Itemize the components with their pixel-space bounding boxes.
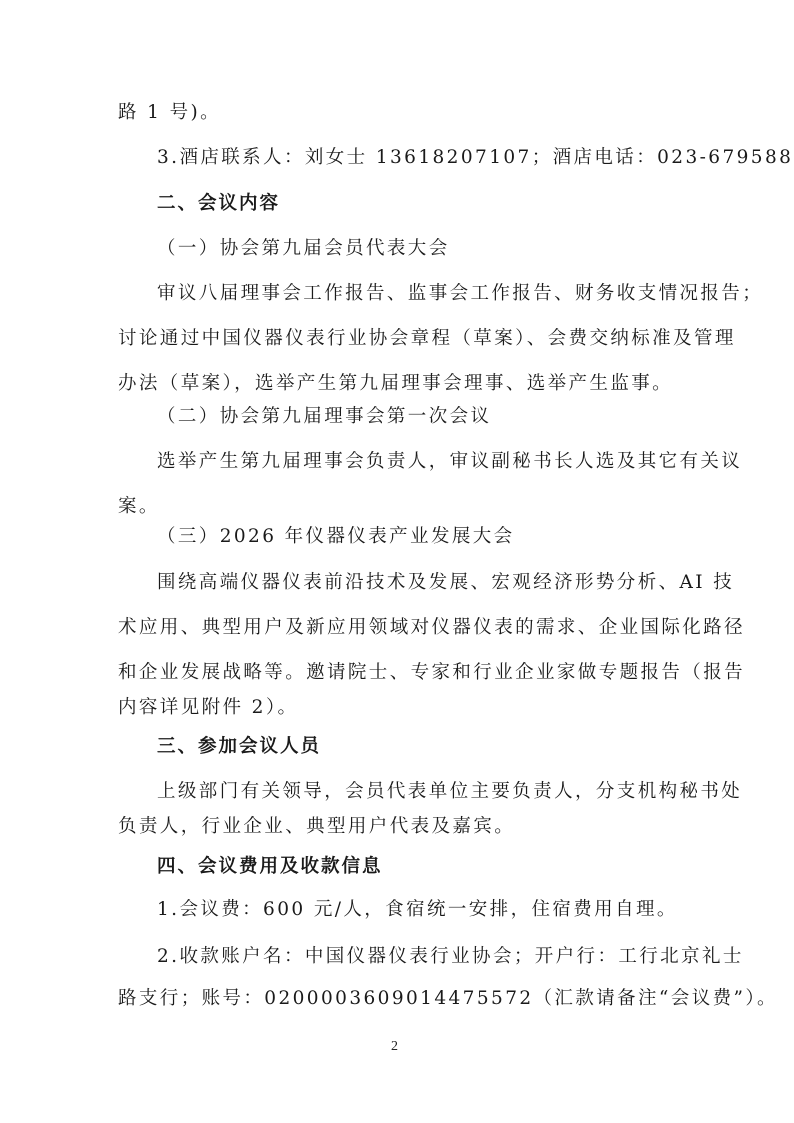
- address-continuation: 路 1 号)。: [118, 100, 221, 126]
- subheading-industry-conference: （三）2026 年仪器仪表产业发展大会: [157, 524, 515, 550]
- paragraph-line: 办法（草案），选举产生第九届理事会理事、选举产生监事。: [118, 371, 673, 397]
- paragraph-line: 和企业发展战略等。邀请院士、专家和行业企业家做专题报告（报告: [118, 660, 745, 686]
- payment-account-line: 路支行；账号：0200003609014475572（汇款请备注“会议费”）。: [118, 986, 778, 1012]
- subheading-council-meeting: （二）协会第九届理事会第一次会议: [157, 404, 491, 430]
- paragraph-line: 上级部门有关领导，会员代表单位主要负责人，分支机构秘书处: [157, 779, 742, 805]
- section-heading-fees: 四、会议费用及收款信息: [157, 854, 383, 880]
- subheading-member-congress: （一）协会第九届会员代表大会: [157, 236, 450, 262]
- fee-line: 1.会议费：600 元/人，食宿统一安排，住宿费用自理。: [157, 897, 678, 923]
- paragraph-line: 内容详见附件 2）。: [118, 695, 298, 721]
- payment-account-line: 2.收款账户名：中国仪器仪表行业协会；开户行：工行北京礼士: [157, 944, 744, 970]
- paragraph-line: 审议八届理事会工作报告、监事会工作报告、财务收支情况报告；: [157, 281, 763, 307]
- paragraph-line: 讨论通过中国仪器仪表行业协会章程（草案）、会费交纳标准及管理: [118, 326, 736, 352]
- paragraph-line: 负责人，行业企业、典型用户代表及嘉宾。: [118, 814, 515, 840]
- page-number: 2: [391, 1038, 398, 1056]
- paragraph-line: 围绕高端仪器仪表前沿技术及发展、宏观经济形势分析、AI 技: [157, 570, 734, 596]
- paragraph-line: 案。: [118, 494, 160, 520]
- paragraph-line: 选举产生第九届理事会负责人，审议副秘书长人选及其它有关议: [157, 449, 742, 475]
- paragraph-line: 术应用、典型用户及新应用领域对仪器仪表的需求、企业国际化路径: [118, 615, 745, 641]
- document-page: 路 1 号)。 3.酒店联系人：刘女士 13618207107；酒店电话：023…: [0, 0, 794, 1123]
- section-heading-attendees: 三、参加会议人员: [157, 734, 321, 760]
- section-heading-meeting-content: 二、会议内容: [157, 191, 280, 217]
- hotel-contact-line: 3.酒店联系人：刘女士 13618207107；酒店电话：023-6795888…: [157, 145, 794, 171]
